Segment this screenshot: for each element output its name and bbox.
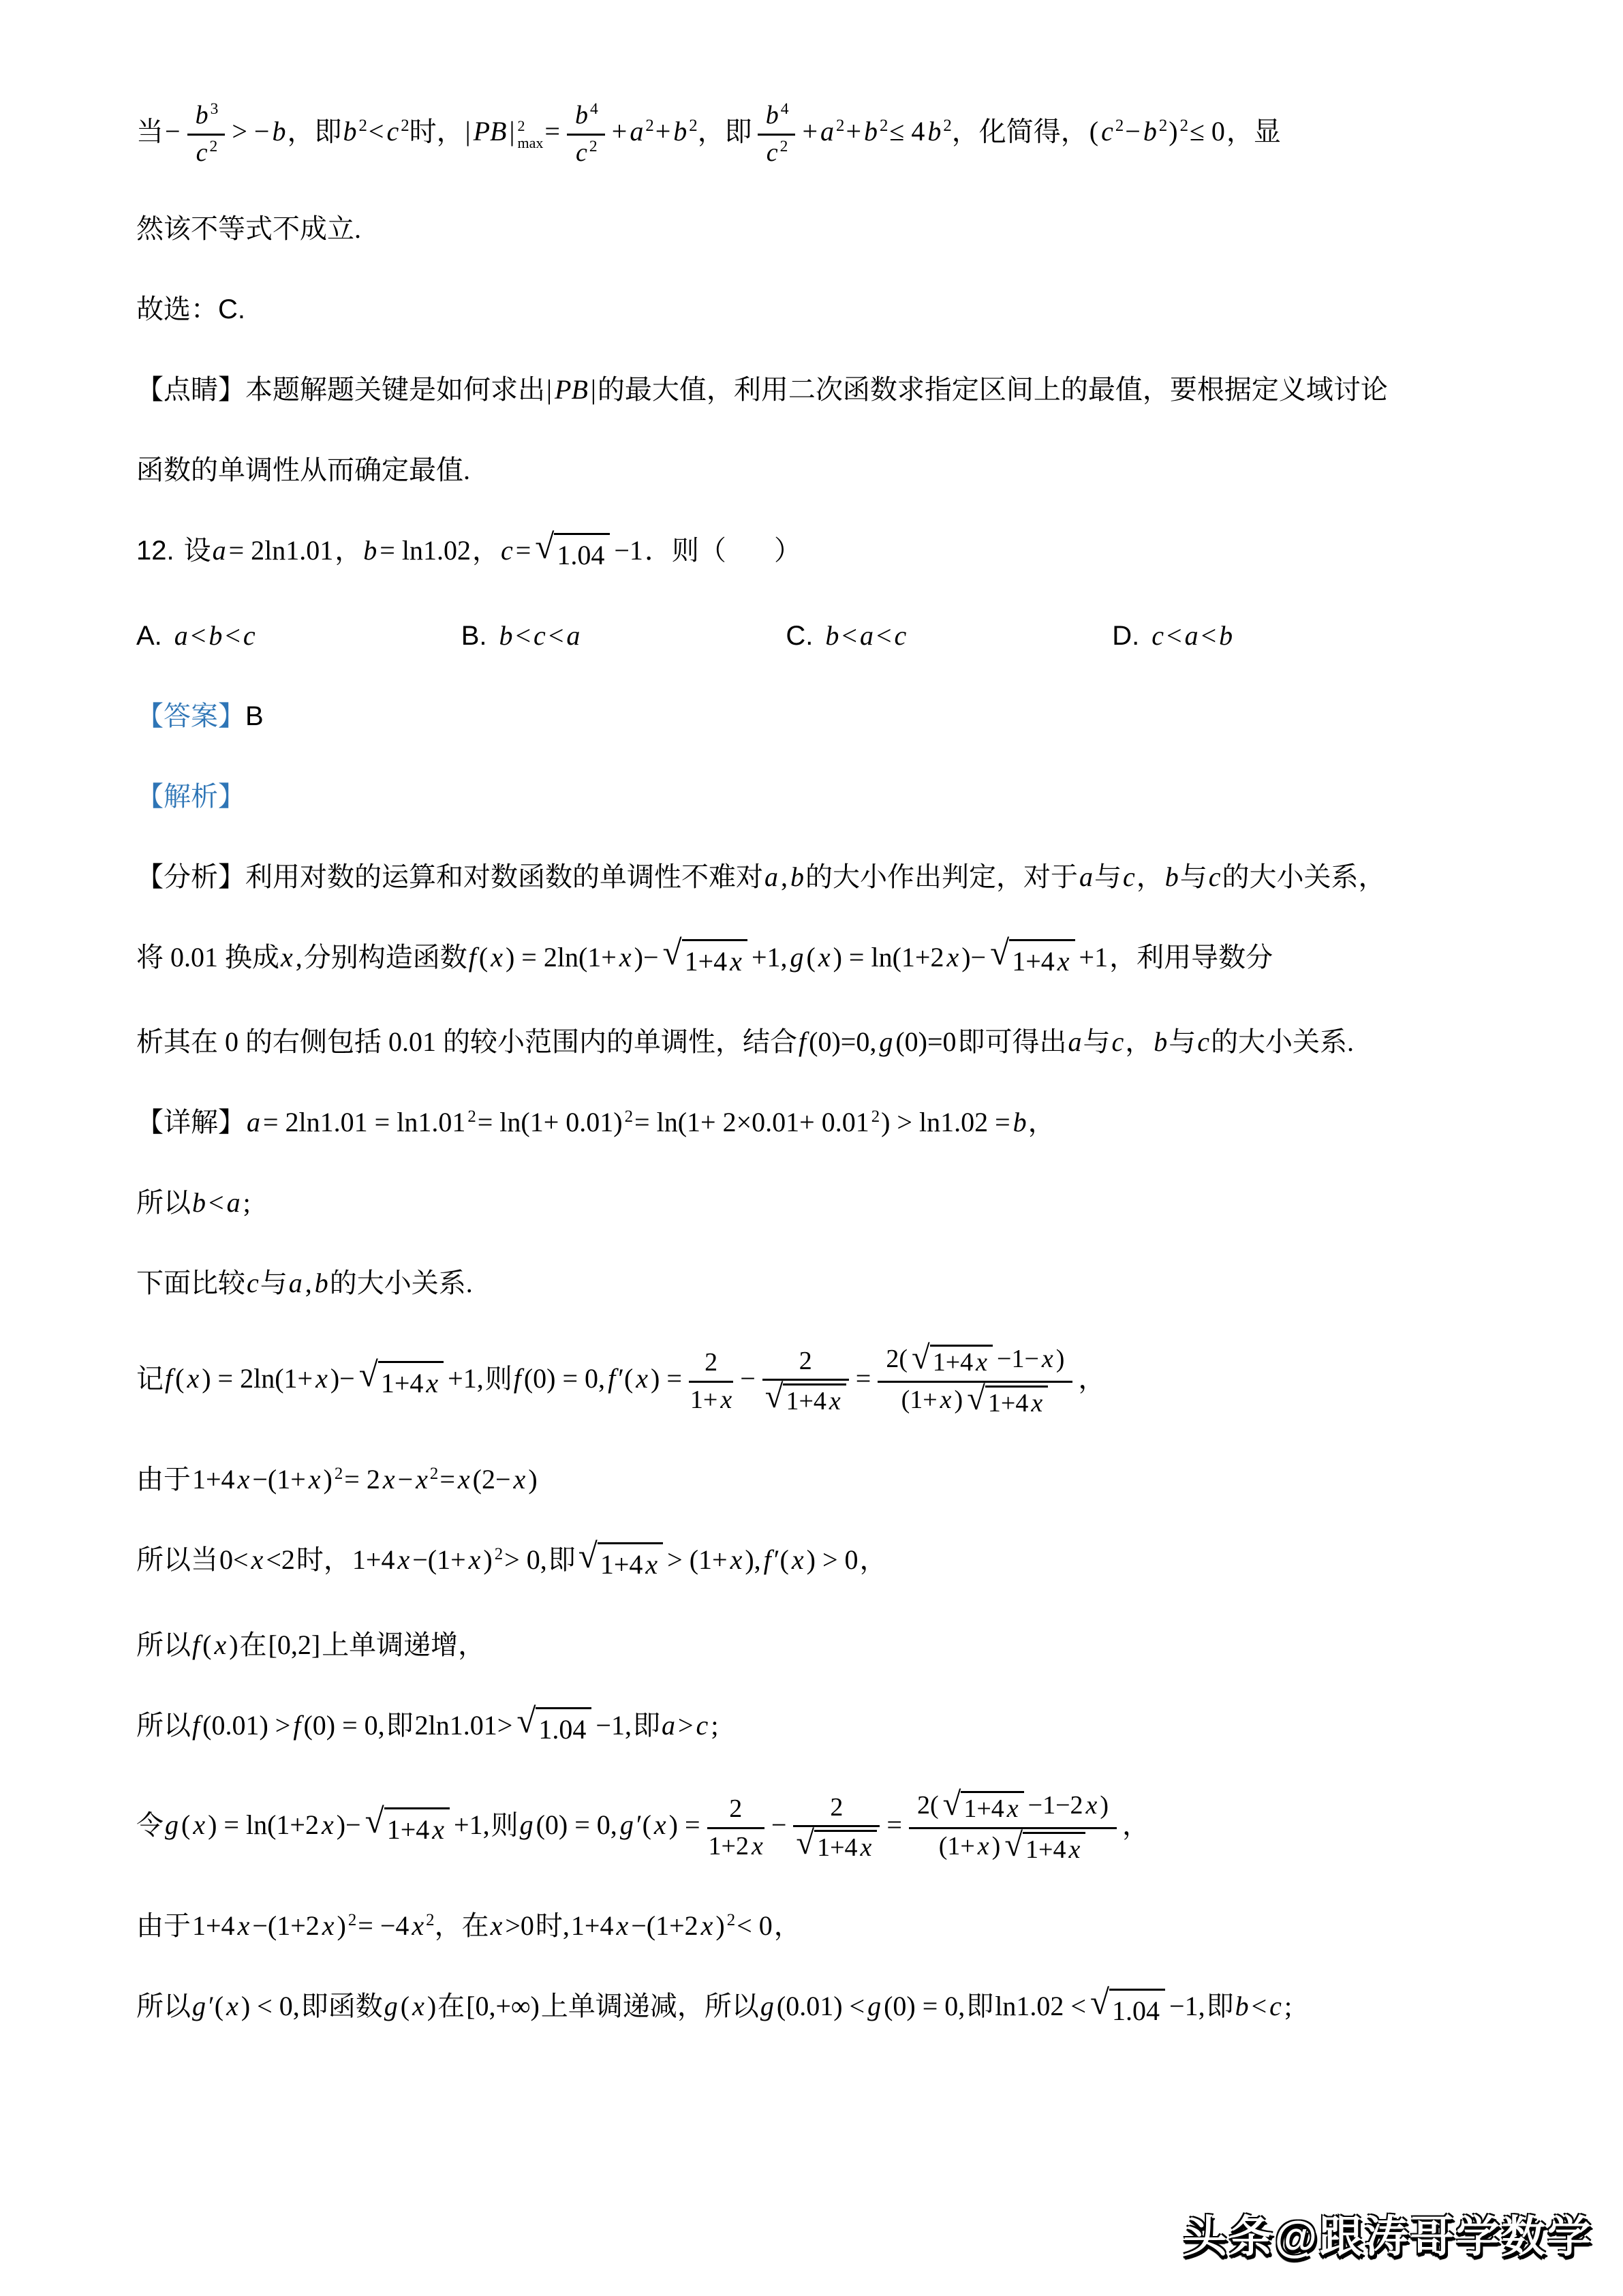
math-text: 1+4	[570, 1910, 615, 1941]
fraction: 2(√1+4x−1−2x)(1+x)√1+4x	[909, 1791, 1117, 1865]
denominator: (1+x)√1+4x	[909, 1829, 1117, 1865]
math-var: c	[1268, 1991, 1283, 2021]
math-text: (1+	[900, 1386, 939, 1414]
radicand: 1+4x	[814, 1830, 877, 1863]
math-text: (0)=0,	[807, 1026, 878, 1057]
square-root: √1+4x	[967, 1386, 1048, 1419]
math-var: f	[512, 1363, 523, 1394]
math-var: b	[362, 535, 378, 566]
text-run: 所以	[136, 1991, 191, 2021]
math-var: a	[173, 620, 189, 651]
math-var: c	[1100, 116, 1115, 147]
question-12-options: A.a<b<cB.b<c<aC.b<a<cD.c<a<b	[136, 617, 1496, 655]
superscript: 2	[726, 1911, 735, 1929]
math-var: c	[1207, 861, 1222, 892]
superscript: 2	[334, 1465, 343, 1483]
superscript: 2	[494, 1545, 503, 1563]
analysis-line-3: 析其在 0 的右侧包括 0.01 的较小范围内的单调性，结合f(0)=0,g(0…	[136, 1023, 1496, 1061]
math-text: )	[714, 1910, 726, 1941]
math-text: )	[426, 1991, 437, 2021]
radical-sign-icon: √	[516, 1704, 536, 1739]
page: { "page": {"width": 2382, "height": 3369…	[0, 0, 1623, 2296]
math-var: c	[1111, 1026, 1126, 1057]
label-text: C.	[786, 621, 813, 651]
radicand: 1+4x	[930, 1345, 993, 1378]
math-var: g	[519, 1809, 535, 1840]
math-text: ′(	[773, 1544, 790, 1575]
text-run: 将 0.01 换成	[136, 942, 279, 973]
section-label: 【答案】	[136, 701, 245, 731]
square-root: √1+4x	[796, 1830, 877, 1863]
superscript: 2	[425, 1911, 434, 1929]
superscript: 2	[645, 117, 653, 135]
math-var: x	[382, 1464, 397, 1495]
math-var: f	[762, 1544, 773, 1575]
denominator: c2	[758, 136, 796, 168]
math-text: ) =	[668, 1809, 702, 1840]
numerator: b3	[187, 101, 226, 136]
math-var: x	[396, 1544, 411, 1575]
math-text: ) = 2ln(1+	[504, 942, 618, 973]
math-var: b	[1234, 1991, 1250, 2021]
denominator: (1+x)√1+4x	[878, 1383, 1072, 1419]
text-run: 所以	[136, 1187, 191, 1218]
math-var: x	[424, 1368, 439, 1398]
math-text: ) = 2ln(1+	[200, 1363, 314, 1394]
solution-line-continuation: 然该不等式不成立.	[136, 210, 1496, 248]
spacer	[908, 644, 1112, 645]
math-text: )	[991, 1832, 1002, 1861]
math-var: x	[653, 1809, 668, 1840]
math-text: +	[654, 116, 673, 147]
math-text: )	[1055, 1345, 1066, 1373]
math-text: > −	[230, 116, 270, 147]
math-text: ) =	[649, 1363, 683, 1394]
spacer	[726, 559, 774, 560]
math-var: x	[236, 1464, 251, 1495]
text-run: 则	[485, 1363, 512, 1394]
label-text: D.	[1112, 621, 1139, 651]
math-text: )	[336, 1910, 347, 1941]
tip-line-1: 【点睛】本题解题关键是如何求出|PB|的最大值，利用二次函数求指定区间上的最值，…	[136, 371, 1496, 409]
radical-sign-icon: √	[1090, 1985, 1109, 2020]
text-run: 即	[633, 1710, 660, 1741]
text-run: 分别构造函数	[304, 942, 467, 973]
text-run: 【详解】	[136, 1107, 245, 1137]
label-text: 12.	[136, 536, 174, 566]
math-text: )	[1098, 1791, 1110, 1820]
math-var: x	[700, 1910, 715, 1941]
math-text: −	[770, 1809, 788, 1840]
math-text: )−	[329, 1363, 356, 1394]
math-var: g	[789, 942, 805, 973]
text-run: 析其在 0 的右侧包括 0.01 的较小范围内的单调性，结合	[136, 1026, 797, 1057]
math-text: ′(	[635, 1809, 653, 1840]
text-run: 即	[386, 1710, 414, 1741]
math-var: c	[1122, 861, 1137, 892]
text-run: 的大小关系.	[330, 1268, 473, 1298]
math-var: g	[191, 1991, 207, 2021]
math-var: g	[759, 1991, 775, 2021]
math-text: = −4	[356, 1910, 410, 1941]
spacer	[486, 644, 497, 645]
fraction: b3c2	[187, 101, 226, 168]
text-run: 即	[548, 1544, 576, 1575]
g-conclusion-line: 所以g′(x) < 0,即函数g(x)在[0,+∞)上单调递减，所以g(0.01…	[136, 1987, 1496, 2030]
math-var: x	[250, 1544, 265, 1575]
math-text: <2	[264, 1544, 296, 1575]
math-text: 1+4	[816, 1833, 859, 1862]
math-text: (0) = 0,	[523, 1363, 606, 1394]
math-var: c	[532, 620, 547, 651]
text-run: ）	[774, 535, 801, 566]
math-text: ),	[743, 1544, 762, 1575]
math-var: a	[859, 620, 875, 651]
math-text: )−	[633, 942, 660, 973]
math-text: ;	[709, 1710, 720, 1741]
math-text: +1	[1078, 942, 1110, 973]
square-root: √1+4x	[359, 1361, 444, 1403]
denominator: c2	[187, 136, 226, 168]
f-identity-line: 由于1+4x−(1+x)2= 2x−x2=x(2−x)	[136, 1460, 1496, 1499]
square-root: √1+4x	[365, 1807, 450, 1849]
fraction: b4c2	[758, 101, 796, 168]
superscript: 2	[589, 138, 598, 155]
math-text: (1+	[938, 1832, 976, 1861]
radical-sign-icon: √	[765, 1380, 784, 1413]
math-text: )	[228, 1629, 239, 1660]
math-var: a	[1067, 1026, 1083, 1057]
math-var: PB	[472, 116, 508, 147]
math-var: g	[866, 1991, 882, 2021]
math-var: x	[1067, 1835, 1081, 1864]
square-root: √1+4x	[663, 939, 747, 981]
math-var: PB	[553, 374, 589, 405]
math-var: x	[279, 942, 294, 973]
math-text: −	[164, 116, 182, 147]
math-text: 1.04	[1111, 1995, 1161, 2026]
math-var: x	[1006, 1794, 1020, 1823]
text-run: 记	[136, 1363, 164, 1394]
analysis-label-line: 【解析】	[136, 778, 1496, 816]
math-var: f	[797, 1026, 807, 1057]
math-text: ≤ 0	[1188, 116, 1226, 147]
math-var: c	[1196, 1026, 1211, 1057]
math-var: x	[457, 1464, 472, 1495]
square-root: √1+4x	[1004, 1832, 1085, 1865]
text-run: 与	[1180, 861, 1207, 892]
math-text: −1−	[995, 1345, 1040, 1373]
tip-line-2: 函数的单调性从而确定最值.	[136, 451, 1496, 489]
spacer	[257, 644, 461, 645]
math-var: b	[191, 1187, 207, 1218]
math-var: b	[824, 620, 840, 651]
math-var: x	[307, 1464, 322, 1495]
text-run: ，	[335, 535, 362, 566]
text-run: 即	[1207, 1991, 1234, 2021]
text-run: 设	[184, 535, 211, 566]
math-var: x	[939, 1386, 953, 1414]
math-var: g	[164, 1809, 180, 1840]
analysis-line-1: 【分析】利用对数的运算和对数函数的单调性不难对a,b的大小作出判定，对于a与c，…	[136, 858, 1496, 896]
math-var: b	[1218, 620, 1234, 651]
math-text: (	[201, 1629, 213, 1660]
numerator: 2	[707, 1794, 764, 1829]
text-run: 函数的单调性从而确定最值.	[136, 455, 470, 485]
math-var: f	[292, 1710, 302, 1741]
math-var: x	[859, 1833, 874, 1862]
math-var: x	[489, 1910, 504, 1941]
math-var: a	[1184, 620, 1200, 651]
superscript: 3	[210, 100, 219, 118]
math-text: −1,	[594, 1710, 633, 1741]
fraction: 21+x	[689, 1348, 733, 1415]
label-text: B.	[461, 621, 487, 651]
text-run: 时,	[536, 1910, 570, 1941]
square-root: √1.04	[516, 1707, 591, 1749]
radical-sign-icon: √	[365, 1804, 384, 1839]
math-text: ) = ln(1+2	[832, 942, 946, 973]
detail-line-1: 【详解】a= 2ln1.01 = ln1.012= ln(1+ 0.01)2= …	[136, 1103, 1496, 1142]
text-run: 上单调递减，所以	[541, 1991, 759, 2021]
label-text: A.	[136, 621, 162, 651]
text-run: ，即	[287, 116, 341, 147]
math-var: x	[719, 1386, 733, 1414]
math-text: 1.04	[555, 540, 606, 570]
math-var: x	[213, 1629, 228, 1660]
math-text: +1,	[750, 942, 789, 973]
math-text: )	[322, 1464, 334, 1495]
text-run: 则	[491, 1809, 519, 1840]
radicand: 1+4x	[985, 1386, 1048, 1419]
math-var: a	[819, 116, 835, 147]
superscript: 2	[1158, 117, 1167, 135]
math-text: <	[1200, 620, 1218, 651]
text-run: ，	[1125, 1026, 1152, 1057]
math-var: g	[878, 1026, 894, 1057]
math-text: (0) = 0,	[535, 1809, 619, 1840]
math-var: x	[225, 1991, 240, 2021]
superscript: 2	[835, 117, 844, 135]
superscript: 2	[879, 117, 888, 135]
text-run: 即函数	[301, 1991, 383, 2021]
math-var: b	[574, 101, 589, 129]
text-run: 故选：	[136, 294, 218, 324]
answer-label-line: 【答案】B	[136, 697, 1496, 735]
superscript: 2	[688, 117, 697, 135]
math-text: = 2ln1.01 = ln1.01	[262, 1107, 467, 1137]
radical-sign-icon: √	[578, 1539, 598, 1574]
math-text: +	[801, 116, 819, 147]
detail-line-2: 所以b<a;	[136, 1184, 1496, 1222]
radicand: 1+4x	[384, 1807, 450, 1849]
text-run: 由于	[136, 1910, 191, 1941]
math-text: )	[953, 1386, 965, 1414]
math-var: a	[211, 535, 228, 566]
text-run: 时，	[296, 1544, 351, 1575]
radical-sign-icon: √	[663, 936, 682, 970]
math-var: x	[729, 1544, 744, 1575]
math-var: x	[236, 1910, 251, 1941]
math-text: (0) = 0,	[302, 1710, 386, 1741]
superscript: 2	[209, 138, 218, 155]
radicand: 1.04	[1109, 1989, 1165, 2030]
math-text: |	[508, 116, 516, 147]
math-var: b	[1142, 116, 1158, 147]
denominator: 1+2x	[707, 1829, 764, 1862]
math-text: <	[223, 620, 242, 651]
radicand: 1+4x	[1009, 939, 1075, 981]
solution-line-pb-max: 当−b3c2> −b，即b2<c2时，|PB|2max=b4c2+a2+b2，即…	[136, 101, 1496, 168]
denominator: 1+x	[689, 1383, 733, 1415]
math-var: c	[893, 620, 908, 651]
math-text: (	[478, 942, 489, 973]
math-var: x	[431, 1814, 446, 1845]
radicand: 1+4x	[598, 1542, 663, 1584]
analysis-line-2: 将 0.01 换成x,分别构造函数f(x) = 2ln(1+x)−√1+4x+1…	[136, 938, 1496, 981]
math-text: = ln1.02	[378, 535, 472, 566]
math-var: x	[828, 1387, 842, 1415]
text-run: 的最大值，利用二次函数求指定区间上的最值，要根据定义域讨论	[598, 374, 1388, 405]
math-var: b	[207, 620, 223, 651]
math-text: 1+4	[386, 1814, 431, 1845]
math-text: 1+4	[962, 1794, 1005, 1823]
math-var: f	[191, 1629, 201, 1660]
math-var: a	[226, 1187, 242, 1218]
math-text: 1+4	[1010, 946, 1056, 977]
math-text: >	[677, 1710, 695, 1741]
math-var: b	[1152, 1026, 1169, 1057]
math-text: −1	[613, 535, 645, 566]
math-text: ,	[779, 861, 789, 892]
text-run: 由于	[136, 1464, 191, 1495]
fraction: b4c2	[567, 101, 605, 168]
numerator: b4	[567, 101, 605, 136]
section-label: 【解析】	[136, 781, 245, 812]
math-var: a	[245, 1107, 262, 1137]
text-run: ．则（	[645, 535, 726, 566]
math-var: x	[185, 1363, 200, 1394]
math-var: x	[489, 942, 504, 973]
math-var: f	[164, 1363, 174, 1394]
math-text: = ln(1+ 2×0.01+ 0.01	[633, 1107, 871, 1137]
text-run: 即	[966, 1991, 993, 2021]
math-text: > (1+	[666, 1544, 728, 1575]
radicand: 1+4x	[1023, 1832, 1085, 1865]
math-text: (0)=0	[894, 1026, 957, 1057]
detail-line-3: 下面比较c与a,b的大小关系.	[136, 1264, 1496, 1302]
math-var: b	[341, 116, 358, 147]
math-var: x	[615, 1910, 630, 1941]
superscript: 2	[942, 117, 951, 135]
math-var: c	[242, 620, 257, 651]
math-text: (	[180, 1809, 191, 1840]
radicand: 1+4x	[378, 1361, 444, 1403]
math-text: =	[438, 1464, 457, 1495]
radical-sign-icon: √	[943, 1788, 961, 1821]
math-text: )−	[960, 942, 987, 973]
superscript: 2	[518, 117, 525, 134]
math-var: c	[245, 1268, 260, 1298]
math-text: 2	[798, 1347, 814, 1375]
math-var: x	[644, 1549, 659, 1580]
math-text: >0	[504, 1910, 536, 1941]
text-run: ，	[1078, 1363, 1105, 1394]
math-text: 1+4	[599, 1549, 645, 1580]
math-text: <	[840, 620, 859, 651]
math-text: (	[174, 1363, 185, 1394]
math-text: =	[543, 116, 561, 147]
superscript: 2	[467, 1107, 476, 1126]
math-text: +	[610, 116, 629, 147]
math-text: −	[1124, 116, 1142, 147]
text-run: ，	[472, 535, 499, 566]
text-run: 【分析】利用对数的运算和对数函数的单调性不难对	[136, 861, 763, 892]
math-text: −1,	[1168, 1991, 1207, 2021]
math-text: 1+	[689, 1386, 719, 1414]
watermark: 头条@跟涛哥学数学	[1184, 2202, 1593, 2265]
math-text: ) > 0	[805, 1544, 860, 1575]
math-text: ln1.02 <	[993, 1991, 1087, 2021]
math-text: 2ln1.01>	[414, 1710, 514, 1741]
answer-choice-line: 故选：C.	[136, 290, 1496, 328]
spacer	[581, 644, 786, 645]
math-text: 0<	[218, 1544, 250, 1575]
square-root: √1.04	[535, 533, 610, 575]
math-text: <	[207, 1187, 226, 1218]
math-text: <	[189, 620, 208, 651]
math-text: 1+4	[191, 1910, 236, 1941]
math-var: c	[765, 138, 779, 167]
math-var: x	[1085, 1791, 1099, 1820]
superscript: 2	[1179, 117, 1188, 135]
math-text: [0,2]	[267, 1629, 322, 1660]
text-run: 上单调递增，	[322, 1629, 485, 1660]
superscript: 2	[1115, 117, 1124, 135]
superscript: 2	[358, 117, 367, 135]
document-content: 当−b3c2> −b，即b2<c2时，|PB|2max=b4c2+a2+b2，即…	[136, 101, 1496, 2072]
math-var: x	[945, 942, 960, 973]
math-var: x	[790, 1544, 805, 1575]
math-var: x	[817, 942, 832, 973]
fraction: 2√1+4x	[762, 1347, 849, 1417]
g-derivative-line: 令g(x) = ln(1+2x)−√1+4x+1,则g(0) = 0,g′(x)…	[136, 1791, 1496, 1865]
math-text: <	[875, 620, 893, 651]
math-var: g	[619, 1809, 635, 1840]
math-var: x	[320, 1809, 335, 1840]
math-var: a	[628, 116, 645, 147]
math-text: 1+4	[683, 946, 729, 977]
text-run: ，	[1028, 1107, 1055, 1137]
math-text: =	[514, 535, 533, 566]
square-root: √1+4x	[990, 939, 1075, 981]
denominator: √1+4x	[793, 1827, 880, 1863]
square-root: √1+4x	[765, 1383, 846, 1417]
superscript: 2	[779, 138, 788, 155]
numerator: 2(√1+4x−1−2x)	[909, 1791, 1117, 1829]
math-text: )−	[335, 1809, 362, 1840]
math-text: +1,	[446, 1363, 485, 1394]
denominator: √1+4x	[762, 1381, 849, 1417]
f-derivative-line: 记f(x) = 2ln(1+x)−√1+4x+1,则f(0) = 0,f′(x)…	[136, 1345, 1496, 1418]
math-text: (0.01) >	[201, 1710, 292, 1741]
text-run: 的大小关系，	[1222, 861, 1386, 892]
math-text: −(1+	[411, 1544, 467, 1575]
math-text: 2	[728, 1794, 743, 1823]
text-run: ，	[774, 1910, 801, 1941]
text-run: 与	[260, 1268, 288, 1298]
math-var: x	[1030, 1389, 1044, 1418]
